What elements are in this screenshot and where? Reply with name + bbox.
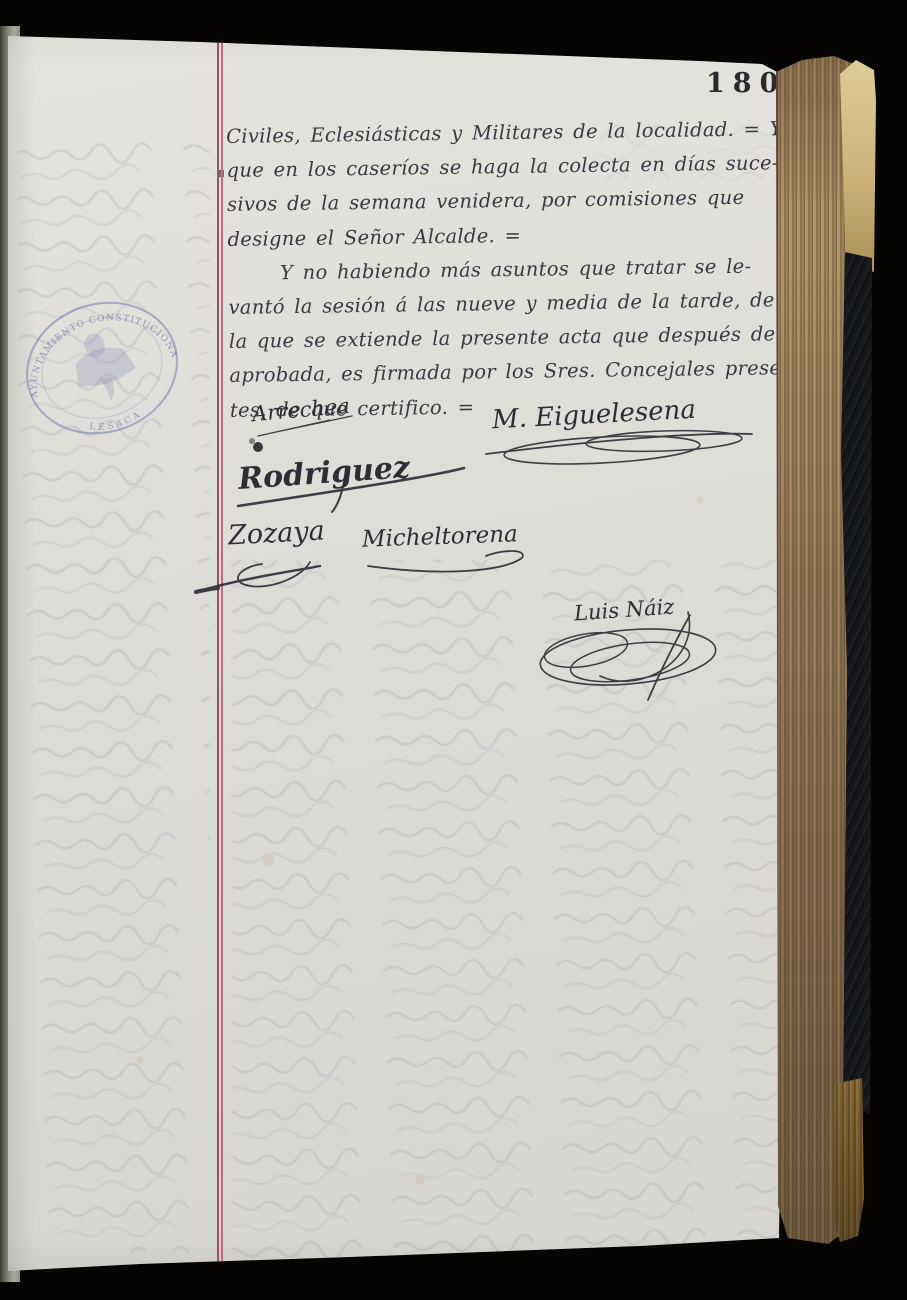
folio-number: 180 [706,68,786,99]
svg-text:LESACA: LESACA [86,406,146,439]
signature-name: Micheltorena [362,521,519,552]
margin-rule-outer [217,40,219,1264]
signature-micheltorena: Micheltorena [362,521,519,552]
manuscript-text: Civiles, Eclesiásticas y Militares de la… [226,112,794,428]
manuscript-page: AYUNTAMIENTO CONSTITUCIONAL LESACA 180 C… [0,0,907,1300]
ink-smudge [249,438,263,452]
cover-corner-parchment [840,60,876,272]
signature-rodriguez: Rodriguez [237,450,411,497]
archive-book-scan: AYUNTAMIENTO CONSTITUCIONAL LESACA 180 C… [0,0,907,1300]
stamp-text-top: AYUNTAMIENTO CONSTITUCIONAL [12,286,179,409]
stamp-text-bottom: LESACA [86,406,146,439]
signature-name: Luis Náiz [573,595,675,626]
signature-name: Rodriguez [237,450,411,497]
fore-edge-gilt [834,1078,864,1242]
signature-luis-naiz: Luis Náiz [573,595,675,626]
margin-rule-inner [221,40,223,1264]
signature-zozaya: Zozaya [227,515,325,551]
municipal-stamp: AYUNTAMIENTO CONSTITUCIONAL LESACA [12,286,192,450]
signature-name: Zozaya [227,515,325,551]
svg-text:AYUNTAMIENTO CONSTITUCIONAL: AYUNTAMIENTO CONSTITUCIONAL [12,286,179,409]
stamp-coat-of-arms [64,324,143,409]
